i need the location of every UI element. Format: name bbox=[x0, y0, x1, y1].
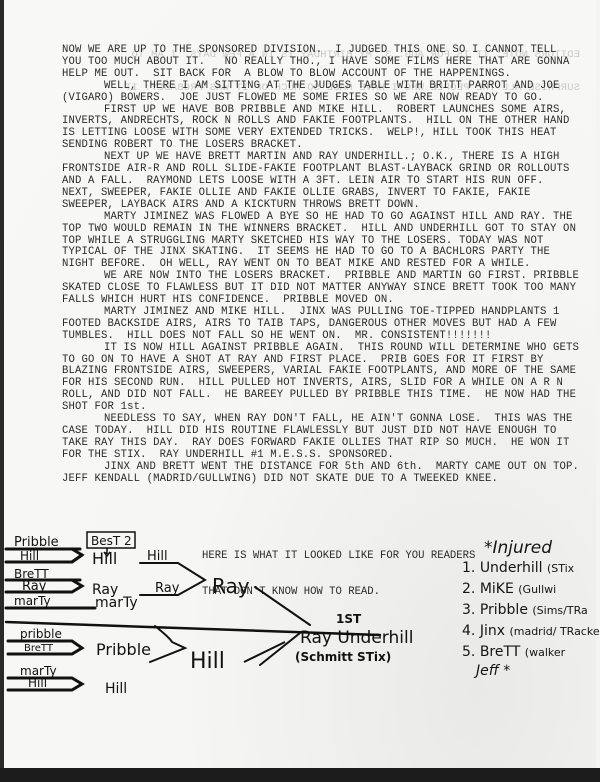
paragraph: NEXT UP WE HAVE BRETT MARTIN AND RAY UND… bbox=[62, 152, 582, 212]
paragraph: WELL, THERE I AM SITTING AT THE JUDGES T… bbox=[62, 81, 582, 105]
standing-rank: 2. bbox=[462, 581, 475, 597]
bracket-name: Hill bbox=[92, 549, 117, 568]
injured-skater: Jeff * bbox=[476, 663, 600, 679]
standing-name: Jinx bbox=[480, 623, 505, 639]
bracket-name: BreTT bbox=[24, 643, 54, 654]
injured-legend: *Injured bbox=[484, 538, 600, 558]
standing-rank: 3. bbox=[462, 602, 475, 618]
champion-sponsor: (Schmitt STix) bbox=[295, 650, 391, 664]
standing-name: Underhill bbox=[480, 560, 543, 576]
standing-row: 4. Jinx (madrid/ TRacker bbox=[462, 621, 600, 642]
first-place-label: 1ST bbox=[336, 612, 362, 626]
bracket-name: pribble bbox=[20, 627, 62, 641]
bracket-name: Pribble bbox=[14, 535, 59, 550]
paragraph: MARTY JIMINEZ WAS FLOWED A BYE SO HE HAD… bbox=[62, 212, 582, 272]
paragraph: FIRST UP WE HAVE BOB PRIBBLE AND MIKE HI… bbox=[62, 105, 582, 153]
bracket-name: Pribble bbox=[96, 640, 151, 659]
best-of-label: BesT 2 bbox=[91, 534, 132, 548]
standing-rank: 4. bbox=[462, 623, 475, 639]
paragraph: MARTY JIMINEZ AND MIKE HILL. JINX WAS PU… bbox=[62, 307, 582, 343]
paragraph: WE ARE NOW INTO THE LOSERS BRACKET. PRIB… bbox=[62, 271, 582, 307]
bracket-name: Ray bbox=[22, 579, 47, 594]
paragraph: IT IS NOW HILL AGAINST PRIBBLE AGAIN. TH… bbox=[62, 343, 582, 414]
standing-sponsor: (walker bbox=[525, 646, 565, 659]
article-body: NOW WE ARE UP TO THE SPONSORED DIVISION.… bbox=[62, 45, 582, 486]
paragraph: NEEDLESS TO SAY, WHEN RAY DON'T FALL, HE… bbox=[62, 414, 582, 462]
bracket-name: Hill bbox=[147, 549, 168, 564]
standing-row: 1. Underhill (STix bbox=[462, 558, 600, 579]
bracket-name: Ray bbox=[155, 581, 180, 596]
standing-sponsor: (madrid/ TRacker bbox=[509, 625, 600, 638]
standing-rank: 5. bbox=[462, 644, 475, 660]
standing-rank: 1. bbox=[462, 560, 475, 576]
standing-row: 3. Pribble (Sims/TRa bbox=[462, 600, 600, 621]
paragraph: NOW WE ARE UP TO THE SPONSORED DIVISION.… bbox=[62, 45, 582, 81]
standing-sponsor: (STix bbox=[547, 562, 574, 575]
final-standings: *Injured 1. Underhill (STix 2. MiKE (Gul… bbox=[462, 538, 600, 679]
bracket-name: marTy bbox=[95, 595, 138, 611]
bracket-name: Hill bbox=[105, 681, 127, 697]
bracket-name: Hill bbox=[190, 649, 225, 674]
champion-name: Ray Underhill bbox=[300, 628, 413, 648]
standing-sponsor: (Sims/TRa bbox=[532, 604, 587, 617]
standing-name: Pribble bbox=[480, 602, 528, 618]
bracket-name: Hill bbox=[20, 549, 39, 563]
standing-sponsor: (Gullwi bbox=[518, 583, 556, 596]
standing-name: MiKE bbox=[480, 581, 514, 597]
standing-row: 2. MiKE (Gullwi bbox=[462, 579, 600, 600]
scan-bottom-edge bbox=[0, 768, 600, 782]
bracket-name: Ray bbox=[212, 574, 250, 598]
standing-name: BreTT bbox=[480, 644, 521, 660]
bracket-name: marTy bbox=[14, 594, 51, 608]
bracket-name: Hill bbox=[28, 676, 47, 690]
paragraph: JINX AND BRETT WENT THE DISTANCE FOR 5th… bbox=[62, 462, 582, 486]
standing-row: 5. BreTT (walker bbox=[462, 642, 600, 663]
